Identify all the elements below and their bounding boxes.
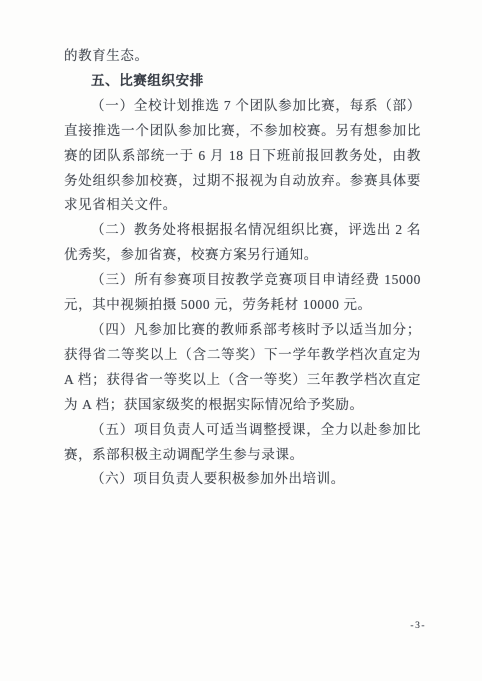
page-number: -3-	[410, 621, 426, 631]
paragraph-1: （一）全校计划推选 7 个团队参加比赛，每系（部）直接推选一个团队参加比赛，不参…	[64, 94, 421, 219]
document-page: 的教育生态。 五、比赛组织安排 （一）全校计划推选 7 个团队参加比赛，每系（部…	[0, 0, 482, 681]
section-heading: 五、比赛组织安排	[64, 69, 421, 94]
document-body: 的教育生态。 五、比赛组织安排 （一）全校计划推选 7 个团队参加比赛，每系（部…	[64, 44, 421, 492]
paragraph-5: （五）项目负责人可适当调整授课，全力以赴参加比赛，系部积极主动调配学生参与录课。	[64, 418, 421, 468]
paragraph-4: （四）凡参加比赛的教师系部考核时予以适当加分；获得省二等奖以上（含二等奖）下一学…	[64, 318, 421, 418]
paragraph-6: （六）项目负责人要积极参加外出培训。	[64, 467, 421, 492]
continuation-text: 的教育生态。	[64, 44, 421, 69]
paragraph-2: （二）教务处将根据报名情况组织比赛，评选出 2 名优秀奖，参加省赛，校赛方案另行…	[64, 218, 421, 268]
paragraph-3: （三）所有参赛项目按教学竞赛项目申请经费 15000 元，其中视频拍摄 5000…	[64, 268, 421, 318]
